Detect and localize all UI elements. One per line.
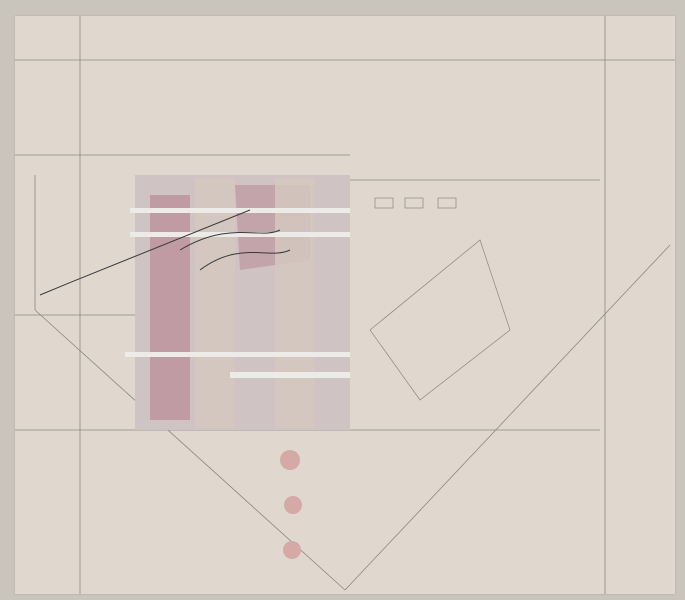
- artwork-drawing: [0, 0, 685, 600]
